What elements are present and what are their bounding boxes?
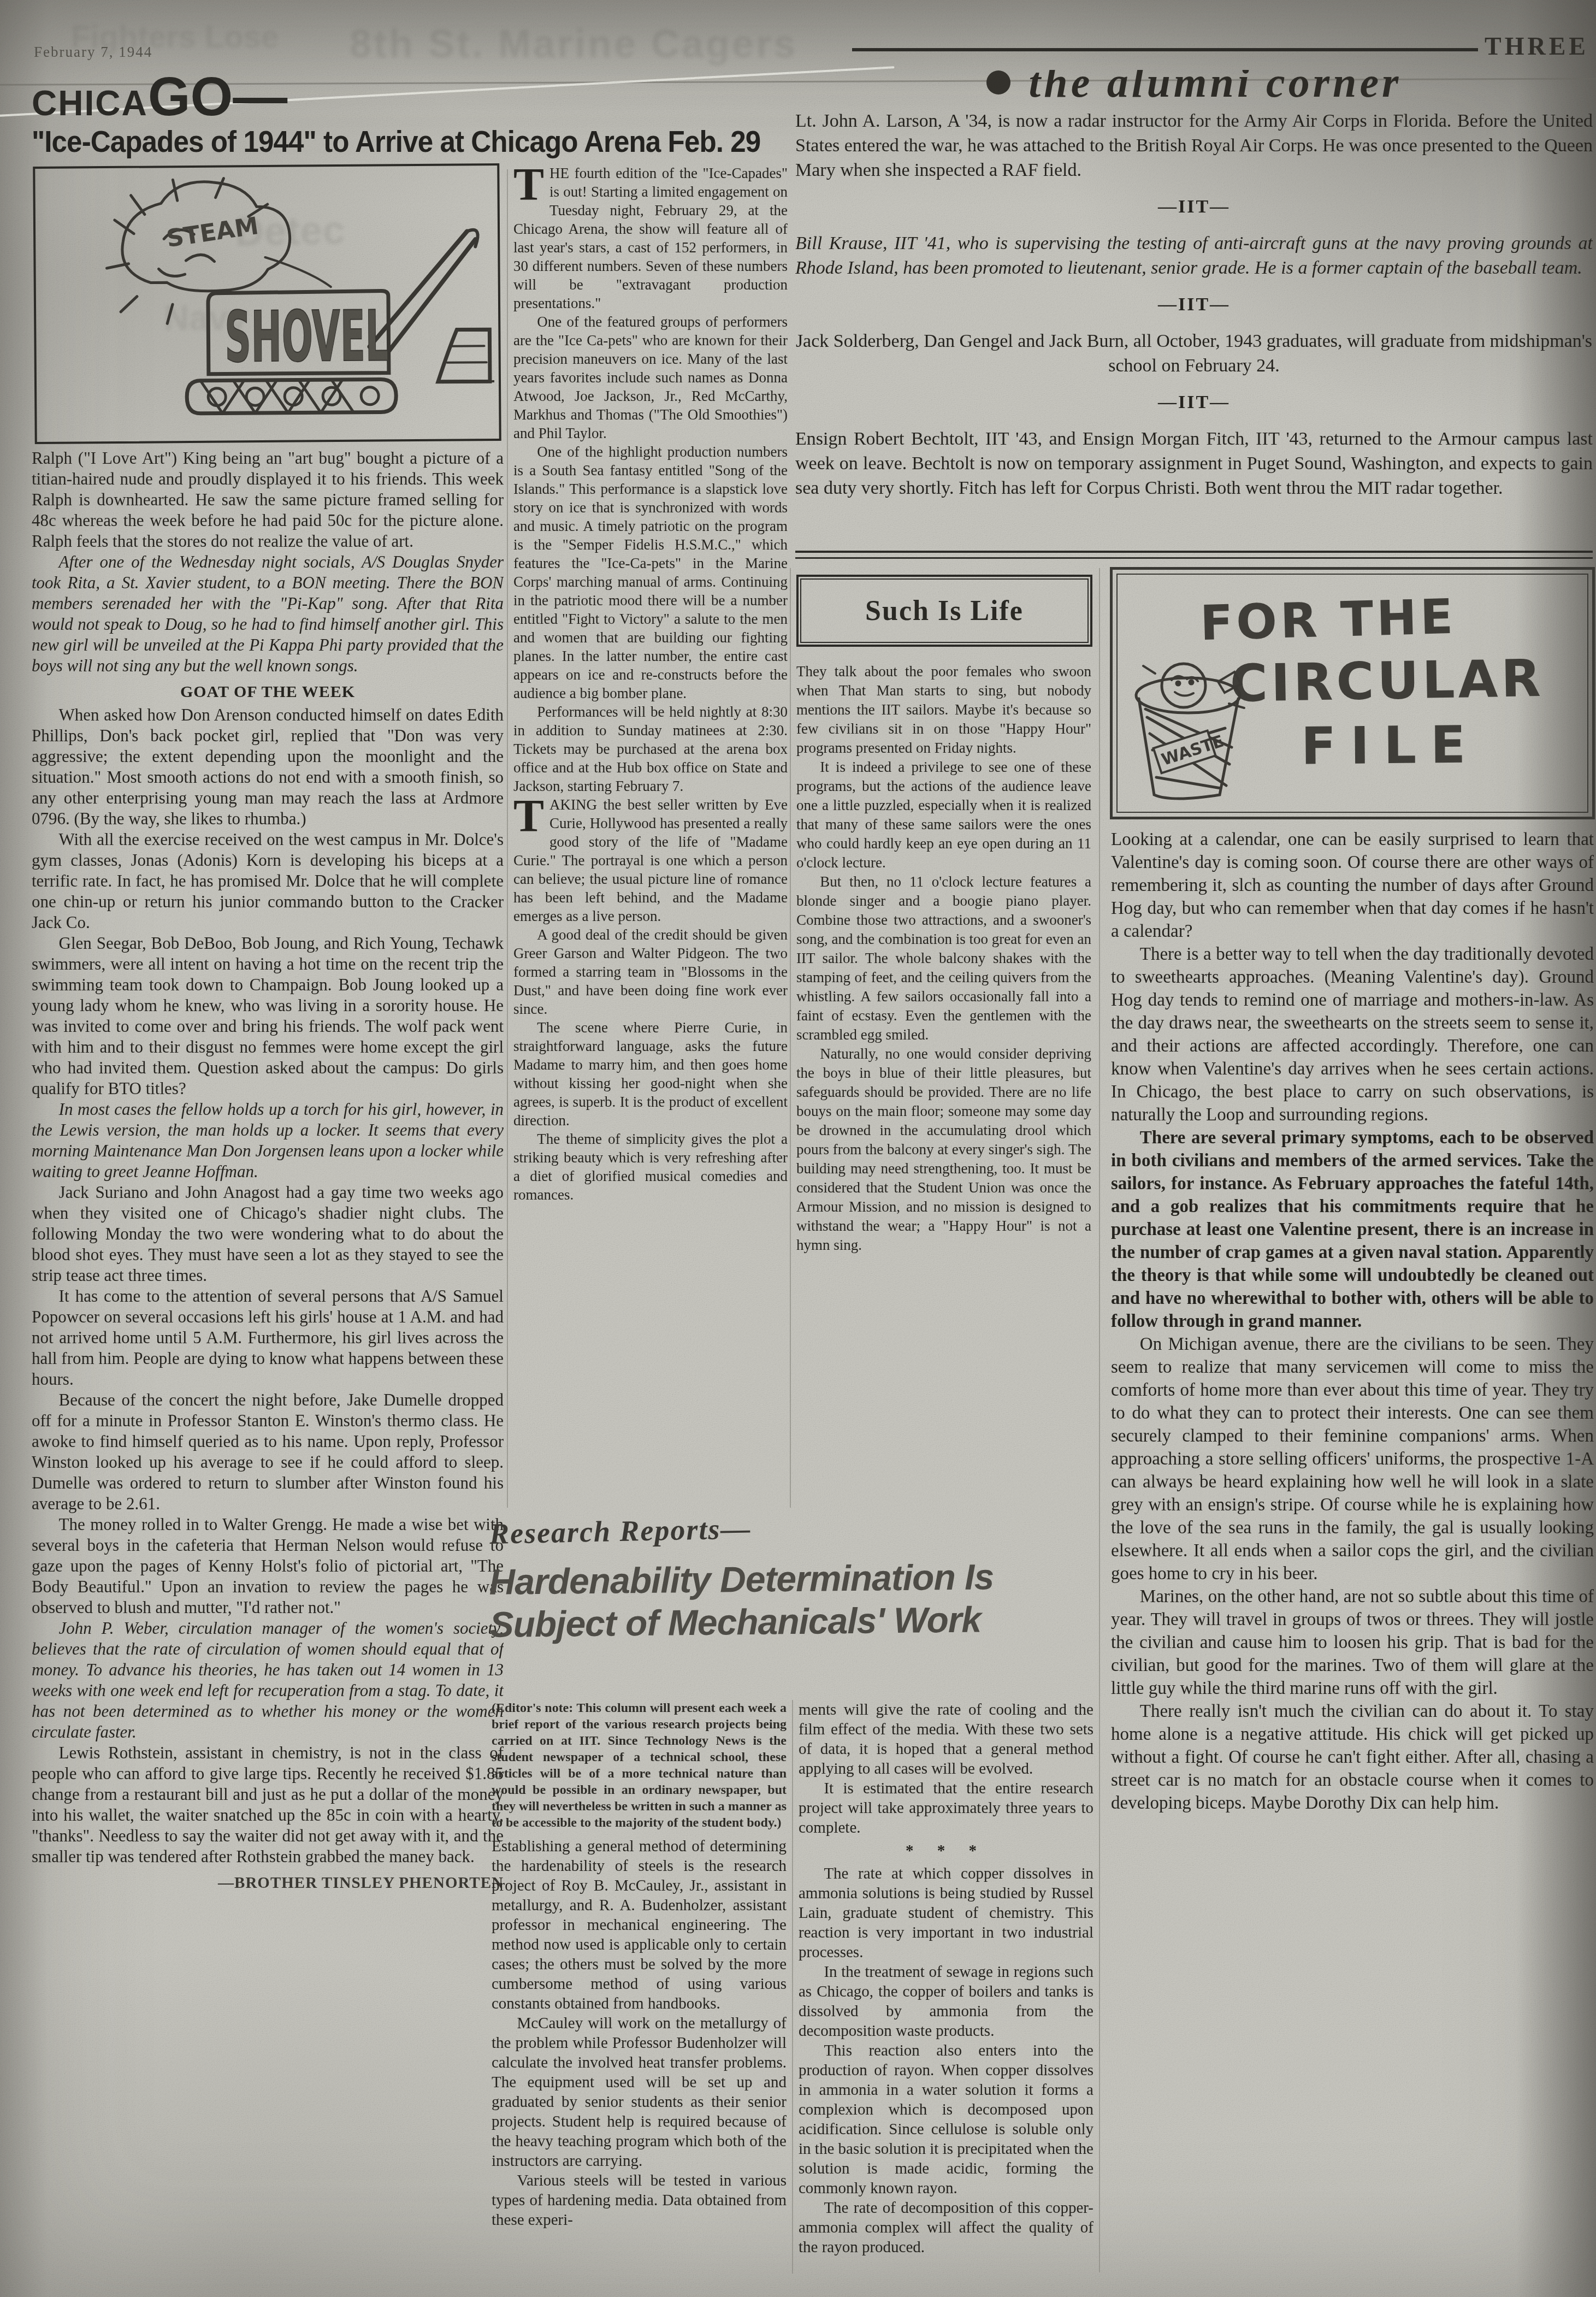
paragraph: Looking at a calendar, one can be easily… [1111,828,1594,943]
newspaper-page: { "page": { "dateline": "February 7, 194… [0,0,1596,2297]
steam-shovel-cartoon-box: STEAM SHOVEL [33,163,501,444]
valentine-essay-column: Looking at a calendar, one can be easily… [1111,828,1594,2276]
research-column-2: ments will give the rate of cooling and … [799,1700,1093,2277]
paragraph: Various steels will be tested in various… [492,2171,787,2230]
paragraph: Lewis Rothstein, assistant in chemistry,… [32,1743,504,1867]
paragraph-text: HE fourth edition of the "Ice-Capades" i… [513,165,788,311]
paragraph: When asked how Don Arenson conducted him… [32,705,504,829]
paragraph: This reaction also enters into the produ… [799,2041,1093,2198]
section-rule [795,557,1593,559]
column-rule [507,169,508,1508]
paragraph: The rate at which copper dissolves in am… [799,1864,1093,1962]
main-headline: "Ice-Capades of 1944" to Arrive at Chica… [32,127,743,157]
paragraph: Performances will be held nightly at 8:3… [513,702,788,795]
paragraph-text: AKING the best seller written by Eve Cur… [513,796,788,924]
headline-line: Subject of Mechanicals' Work [489,1597,1102,1646]
cartoon-machine-label: SHOVEL [224,296,389,378]
paragraph: With all the exercise received on the we… [32,829,504,933]
paragraph: McCauley will work on the metallurgy of … [492,2013,787,2171]
paragraph: In most cases the fellow holds up a torc… [32,1099,504,1182]
ice-capades-review-column: THE fourth edition of the "Ice-Capades" … [513,164,788,1509]
alumni-corner-header: the alumni corner [795,70,1593,95]
bleedthrough-ghost-text: 8th St. Marine Cagers [350,22,797,67]
research-reports-kicker: Research Reports— [489,1511,752,1551]
iit-separator: —IIT— [795,390,1593,415]
chicago-gossip-column: Ralph ("I Love Art") King being an "art … [32,448,504,2231]
goat-of-the-week-subhead: GOAT OF THE WEEK [32,682,504,702]
page-number: THREE [1485,32,1589,61]
star-separator: * * * [799,1841,1093,1861]
paragraph: ments will give the rate of cooling and … [799,1700,1093,1779]
paragraph: There really isn't much the civilian can… [1111,1700,1594,1815]
paragraph: The scene where Pierre Curie, in straigh… [513,1018,788,1130]
paragraph: It is estimated that the entire research… [799,1779,1093,1838]
such-is-life-column: They talk about the poor females who swo… [796,662,1091,1508]
such-is-life-box: Such Is Life [796,575,1092,647]
paragraph-with-dropcap: THE fourth edition of the "Ice-Capades" … [513,164,788,312]
paragraph: Naturally, no one would consider deprivi… [796,1044,1091,1255]
circular-file-cartoon-box: FOR THE CIRCULAR FILE WASTE [1110,567,1595,819]
column-rule [790,568,791,1508]
paragraph: There are several primary symptoms, each… [1111,1126,1594,1333]
dateline: February 7, 1944 [34,44,152,61]
paragraph: One of the highlight production numbers … [513,442,788,702]
paragraph: The rate of decomposition of this copper… [799,2198,1093,2257]
paragraph: Jack Suriano and John Anagost had a gay … [32,1182,504,1286]
paragraph: In the treatment of sewage in regions su… [799,1962,1093,2041]
iit-separator: —IIT— [795,194,1593,219]
iit-separator: —IIT— [795,292,1593,317]
bullet-dot-icon [986,70,1010,95]
column-rule [1099,568,1100,2272]
paragraph-with-dropcap: TAKING the best seller written by Eve Cu… [513,795,788,925]
paragraph: They talk about the poor females who swo… [796,662,1091,758]
paragraph: A good deal of the credit should be give… [513,925,788,1018]
circular-file-lettering: FILE [1301,716,1480,777]
paragraph: Jack Solderberg, Dan Gengel and Jack Bur… [795,329,1593,378]
paragraph: Marines, on the other hand, are not so s… [1111,1585,1594,1700]
paragraph: One of the featured groups of performers… [513,312,788,442]
paragraph: Because of the concert the night before,… [32,1390,504,1514]
column-signature: —BROTHER TINSLEY PHENORTEN [32,1873,504,1893]
paragraph: It has come to the attention of several … [32,1286,504,1390]
column-rule [792,1700,793,2274]
masthead-text: CHICA [32,84,148,123]
page-number-rule [852,48,1478,51]
circular-file-lettering: FOR THE [1199,588,1457,651]
alumni-corner-section: the alumni corner Lt. John A. Larson, A … [795,70,1593,553]
paragraph: Ensign Robert Bechtolt, IIT '43, and Ens… [795,427,1593,500]
paragraph: Glen Seegar, Bob DeBoo, Bob Joung, and R… [32,933,504,1099]
alumni-corner-title: the alumni corner [1029,70,1402,95]
paragraph: Ralph ("I Love Art") King being an "art … [32,448,504,552]
paragraph: John P. Weber, circulation manager of th… [32,1618,504,1743]
dropcap-letter: T [513,795,549,835]
editors-note: (Editor's note: This column will present… [492,1700,787,1831]
headline-line: Hardenability Determination Is [489,1555,1101,1604]
wastebasket-cartoon: WASTE [1122,652,1259,810]
steam-shovel-cartoon: STEAM SHOVEL [35,166,494,438]
research-reports-headline: Hardenability Determination Is Subject o… [489,1555,1102,1646]
paragraph: On Michigan avenue, there are the civili… [1111,1333,1594,1585]
paragraph: Lt. John A. Larson, A '34, is now a rada… [795,109,1593,182]
paragraph: Bill Krause, IIT '41, who is supervising… [795,231,1593,280]
paragraph: Establishing a general method of determi… [492,1837,787,2013]
circular-file-lettering: CIRCULAR [1229,649,1545,714]
research-column-1: (Editor's note: This column will present… [492,1700,787,2277]
paragraph: It is indeed a privilege to see one of t… [796,758,1091,872]
dropcap-letter: T [513,164,549,203]
paragraph: There is a better way to tell when the d… [1111,943,1594,1126]
paragraph: But then, no 11 o'clock lecture features… [796,872,1091,1044]
paragraph: The theme of simplicity gives the plot a… [513,1130,788,1204]
cartoon-smoke-label: STEAM [164,212,260,253]
chicago-column-masthead: CHICAGO— [32,66,287,128]
masthead-text-large: GO— [148,66,288,127]
paragraph: After one of the Wednesday night socials… [32,552,504,676]
such-is-life-title: Such Is Life [865,595,1024,627]
paragraph: The money rolled in to Walter Grengg. He… [32,1514,504,1618]
